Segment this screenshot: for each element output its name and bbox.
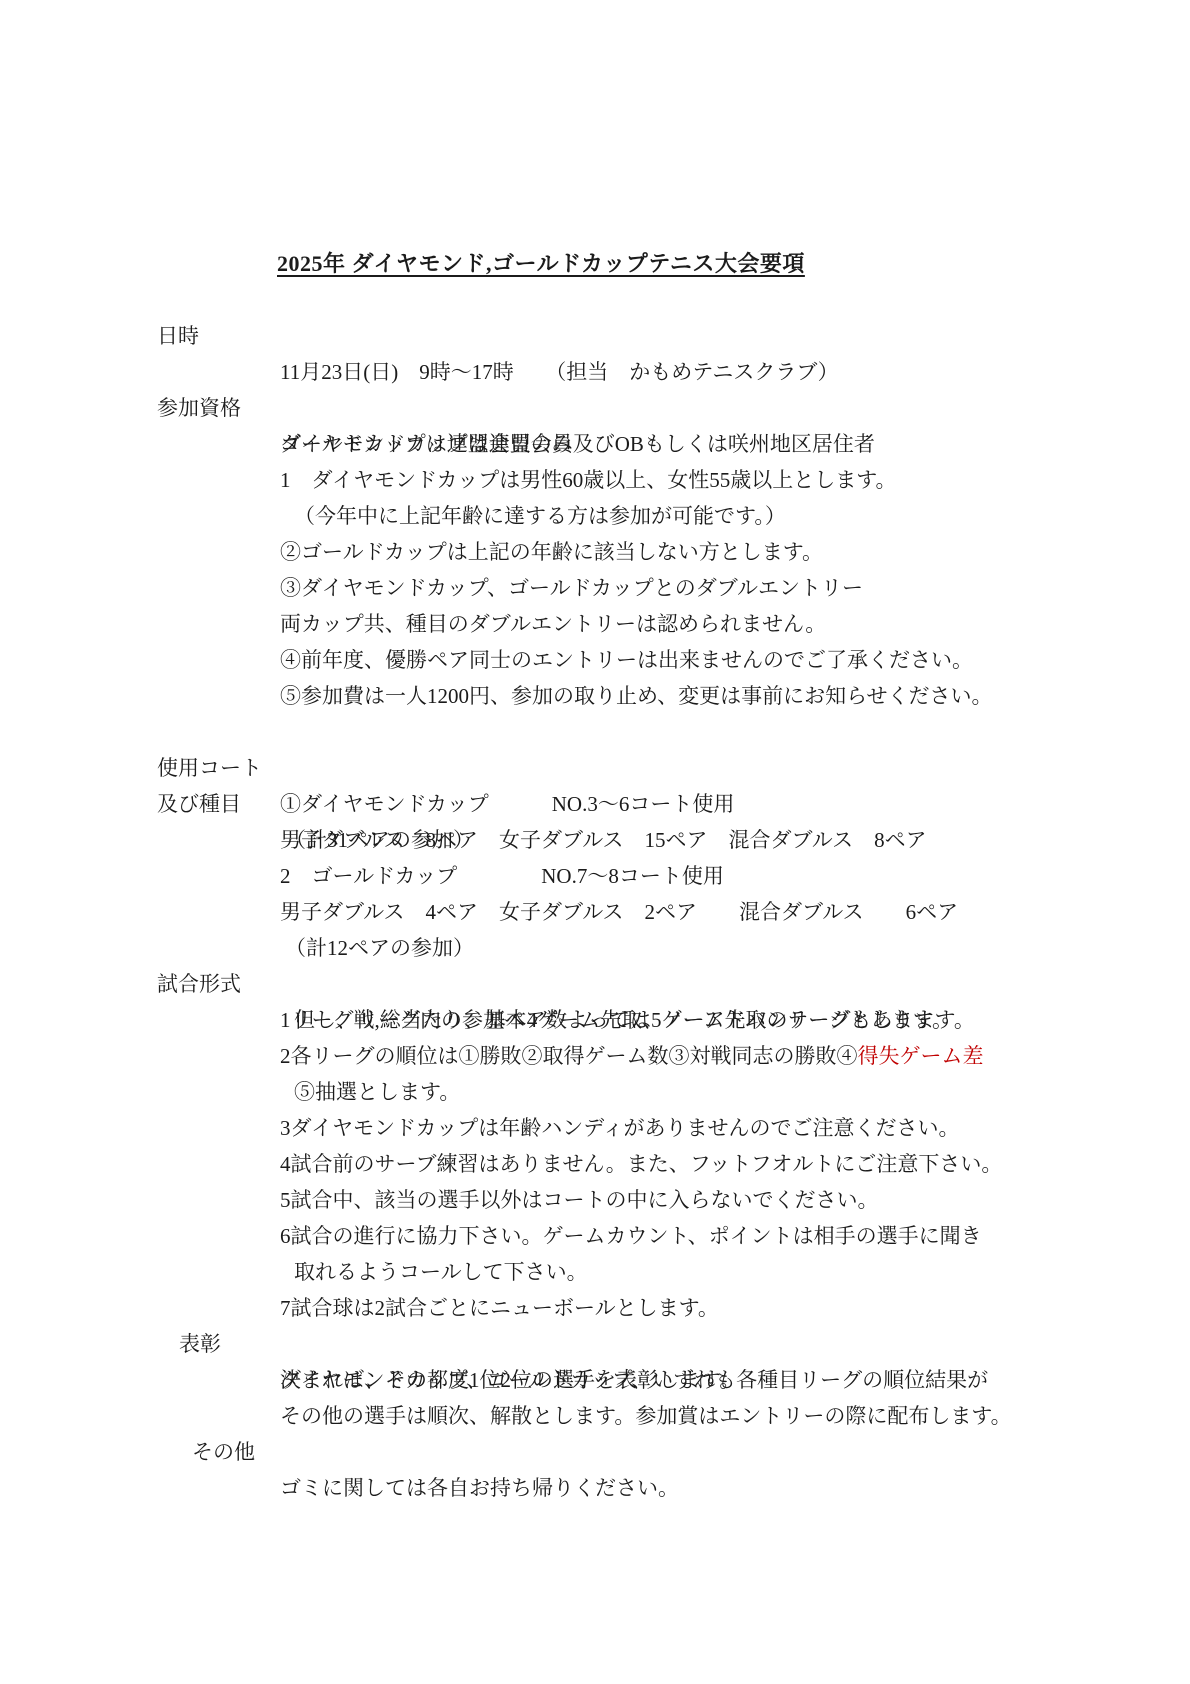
doc-line: 5試合中、該当の選手以外はコートの中に入らないでください。	[0, 1146, 1190, 1182]
doc-line: 男子ダブルス 4ペア 女子ダブルス 2ペア 混合ダブルス 6ペア	[0, 858, 1190, 894]
doc-line: 1 ダイヤモンドカップは男性60歳以上、女性55歳以上とします。	[0, 426, 1190, 462]
doc-line: ⑤参加費は一人1200円、参加の取り止め、変更は事前にお知らせください。	[0, 642, 1190, 678]
doc-line: ②ゴールドカップは上記の年齢に該当しない方とします。	[0, 498, 1190, 534]
doc-line-ranking: 2各リーグの順位は①勝敗②取得ゲーム数③対戦同志の勝敗④得失ゲーム差	[0, 1002, 1190, 1038]
doc-line: 4試合前のサーブ練習はありません。また、フットフオルトにご注意下さい。	[0, 1110, 1190, 1146]
doc-line: 但し、リーグ内の参加ペア数よっては5ゲーム先取のリーグもあります。	[0, 966, 1190, 1002]
line-text: ゴミに関しては各自お持ち帰りください。	[280, 1470, 679, 1506]
title-row: 2025年 ダイヤモンド,ゴールドカップテニス大会要項	[0, 210, 1190, 246]
spacer	[0, 246, 1190, 282]
section-label-other: その他	[192, 1434, 255, 1470]
doc-line: 7試合球は2試合ごとにニューボールとします。	[0, 1254, 1190, 1290]
doc-line: 2 ゴールドカップ NO.7～8コート使用	[0, 822, 1190, 858]
document-body: 2025年 ダイヤモンド,ゴールドカップテニス大会要項 日時 11月23日(日)…	[0, 210, 1190, 1434]
doc-line: 取れるようコールして下さい。	[0, 1218, 1190, 1254]
doc-line: ④前年度、優勝ペア同士のエントリーは出来ませんのでご了承ください。	[0, 606, 1190, 642]
doc-line: ⑤抽選とします。	[0, 1038, 1190, 1074]
doc-line: 両カップ共、種目のダブルエントリーは認められません。	[0, 570, 1190, 606]
spacer	[0, 318, 1190, 354]
doc-line: その他の選手は順次、解散とします。参加賞はエントリーの際に配布します。	[0, 1362, 1190, 1398]
spacer	[0, 678, 1190, 714]
document-page: 2025年 ダイヤモンド,ゴールドカップテニス大会要項 日時 11月23日(日)…	[0, 0, 1190, 1684]
doc-line-format: 試合形式 1リーグ戦,総当たり、基本4ゲーム先取、ノーアドバンテージとします。	[0, 930, 1190, 966]
doc-line: （計31ペアの参加）	[0, 786, 1190, 822]
doc-line: ③ダイヤモンドカップ、ゴールドカップとのダブルエントリー	[0, 534, 1190, 570]
doc-line-courts: 使用コート ①ダイヤモンドカップ NO.3～6コート使用	[0, 714, 1190, 750]
doc-line-other: その他 ゴミに関しては各自お持ち帰りください。	[0, 1398, 1190, 1434]
doc-line: 決まれば、その都度1位2位の選手を表彰します。	[0, 1326, 1190, 1362]
doc-line: （今年中に上記年齢に達する方は参加が可能です。）	[0, 462, 1190, 498]
doc-line: ゴールドカップは連盟会員のみ	[0, 390, 1190, 426]
doc-line-eligibility: 参加資格 ダイヤモンドカップは連盟会員及びOBもしくは咲州地区居住者	[0, 354, 1190, 390]
doc-line-awards: 表彰 ダイヤモンドカップ、ゴールドカップ、いずれも各種目リーグの順位結果が	[0, 1290, 1190, 1326]
doc-line-events: 及び種目 男子ダブルス 8ペア 女子ダブルス 15ペア 混合ダブルス 8ペア	[0, 750, 1190, 786]
doc-line: （計12ペアの参加）	[0, 894, 1190, 930]
doc-line-datetime: 日時 11月23日(日) 9時～17時 （担当 かもめテニスクラブ）	[0, 282, 1190, 318]
doc-line: 3ダイヤモンドカップは年齢ハンディがありませんのでご注意ください。	[0, 1074, 1190, 1110]
doc-line: 6試合の進行に協力下さい。ゲームカウント、ポイントは相手の選手に聞き	[0, 1182, 1190, 1218]
